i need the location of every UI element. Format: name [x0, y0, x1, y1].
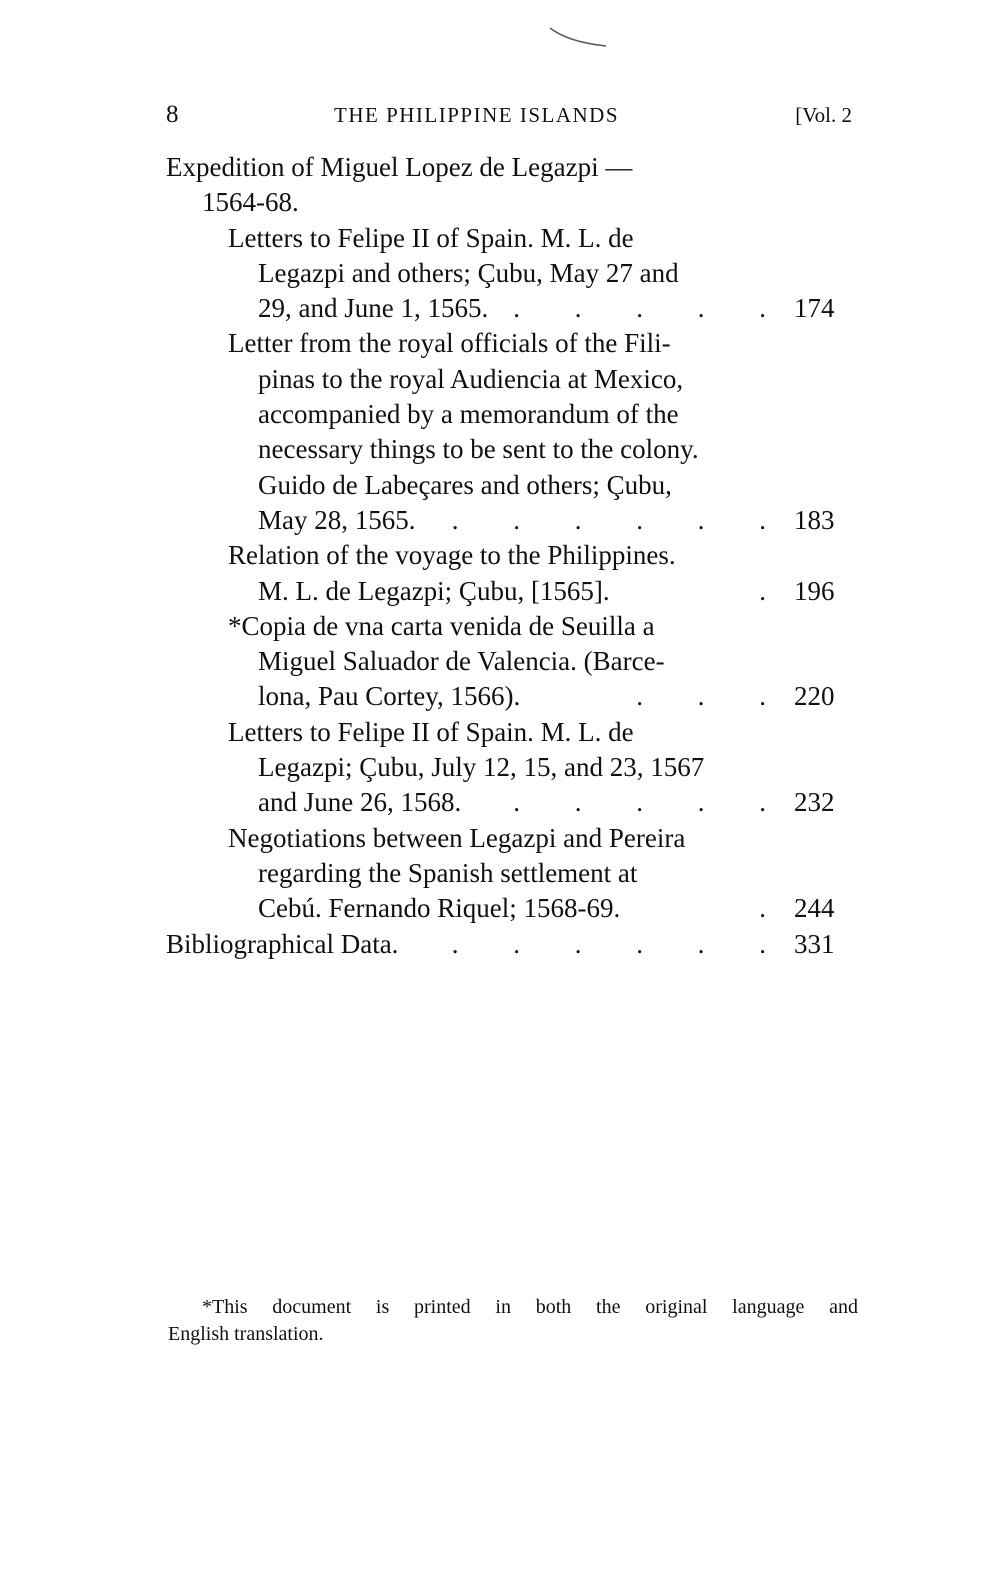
section-title-line: Expedition of Miguel Lopez de Legazpi — — [166, 152, 632, 182]
entry-line: 29, and June 1, 1565. — [258, 293, 488, 323]
toc-entry[interactable]: Letters to Felipe II of Spain. M. L. de … — [166, 221, 856, 327]
footnote: *This document is printed in both the or… — [168, 1294, 858, 1348]
dot-leader: . . . . . — [513, 785, 790, 820]
volume-label: [Vol. 2 — [795, 98, 852, 132]
entry-line: Legazpi and others; Çubu, May 27 and — [258, 258, 679, 288]
table-of-contents: Expedition of Miguel Lopez de Legazpi — … — [166, 150, 856, 962]
entry-page-number: 220 — [794, 679, 856, 714]
entry-page-number: 244 — [794, 891, 856, 926]
toc-entry[interactable]: *Copia de vna carta venida de Seuilla a … — [166, 609, 856, 715]
running-title: THE PHILIPPINE ISLANDS — [334, 98, 619, 132]
entry-page-number: 174 — [794, 291, 856, 326]
entry-line: and June 26, 1568. — [258, 787, 461, 817]
entry-line: Letter from the royal officials of the F… — [228, 328, 671, 358]
entry-page-number: 331 — [794, 927, 856, 962]
entry-page-number: 196 — [794, 574, 856, 609]
entry-line: May 28, 1565. — [258, 505, 416, 535]
entry-line: accompanied by a memorandum of the — [258, 399, 679, 429]
entry-line: Miguel Saluador de Valencia. (Barce- — [258, 646, 665, 676]
entry-page-number: 232 — [794, 785, 856, 820]
toc-entry[interactable]: Letters to Felipe II of Spain. M. L. de … — [166, 715, 856, 821]
entry-line: Letters to Felipe II of Spain. M. L. de — [228, 223, 634, 253]
entry-line: Legazpi; Çubu, July 12, 15, and 23, 1567 — [258, 752, 704, 782]
book-page: 8 THE PHILIPPINE ISLANDS [Vol. 2 Expedit… — [0, 0, 994, 1584]
entry-line: *Copia de vna carta venida de Seuilla a — [228, 611, 655, 641]
toc-entry-bibliography[interactable]: Bibliographical Data. . . . . . . 331 — [166, 927, 856, 962]
dot-leader: . . . . . . — [452, 927, 790, 962]
toc-entry[interactable]: Letter from the royal officials of the F… — [166, 326, 856, 538]
entry-line: Guido de Labeçares and others; Çubu, — [258, 470, 672, 500]
entry-page-number: 183 — [794, 503, 856, 538]
entry-line: Negotiations between Legazpi and Pereira — [228, 823, 685, 853]
entry-line: Bibliographical Data. — [166, 929, 398, 959]
footnote-line: English translation. — [168, 1323, 324, 1345]
entry-line: pinas to the royal Audiencia at Mexico, — [258, 364, 683, 394]
stray-pen-mark-icon — [548, 24, 608, 52]
section-title: Expedition of Miguel Lopez de Legazpi — — [166, 150, 856, 185]
entry-line: M. L. de Legazpi; Çubu, [1565]. — [258, 576, 610, 606]
dot-leader: . . . — [636, 679, 790, 714]
entry-line: necessary things to be sent to the colon… — [258, 434, 699, 464]
running-head: 8 THE PHILIPPINE ISLANDS [Vol. 2 — [166, 98, 856, 132]
toc-entry[interactable]: Relation of the voyage to the Philippine… — [166, 538, 856, 609]
dot-leader: . — [759, 574, 790, 609]
entry-line: Letters to Felipe II of Spain. M. L. de — [228, 717, 634, 747]
dot-leader: . . . . . . — [452, 503, 790, 538]
entry-line: Relation of the voyage to the Philippine… — [228, 540, 676, 570]
dot-leader: . . . . . — [513, 291, 790, 326]
dot-leader: . — [759, 891, 790, 926]
footnote-line: *This document is printed in both the or… — [168, 1294, 858, 1321]
entry-line: regarding the Spanish settlement at — [258, 858, 637, 888]
entry-line: Cebú. Fernando Riquel; 1568-69. — [258, 893, 620, 923]
section-title-line: 1564-68. — [202, 187, 299, 217]
entry-line: lona, Pau Cortey, 1566). — [258, 681, 520, 711]
toc-entry[interactable]: Negotiations between Legazpi and Pereira… — [166, 821, 856, 927]
section-title-dates: 1564-68. — [166, 185, 856, 220]
page-number: 8 — [166, 98, 179, 132]
